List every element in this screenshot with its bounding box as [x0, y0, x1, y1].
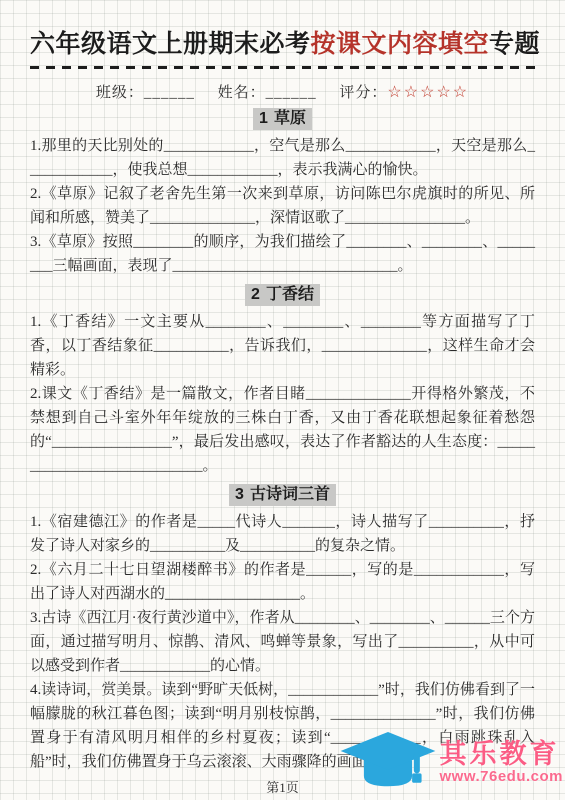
section-header-gushici: 3古诗词三首	[229, 484, 336, 506]
title-highlight: 按课文内容填空	[311, 30, 490, 58]
score-stars: ☆☆☆☆☆	[387, 84, 469, 101]
section-title: 古诗词三首	[250, 486, 330, 503]
question-paragraph: 3.《草原》按照________的顺序，为我们描绘了________、_____…	[30, 230, 535, 278]
dashed-divider	[30, 66, 535, 69]
worksheet-page: 六年级语文上册期末必考按课文内容填空专题 班级：______ 姓名：______…	[0, 0, 565, 800]
graduation-cap-icon	[340, 732, 436, 794]
question-paragraph: 2.《六月二十七日望湖楼醉书》的作者是______，写的是___________…	[30, 558, 535, 606]
watermark-url: www.76edu.com	[440, 768, 563, 786]
watermark: 其乐教育 www.76edu.com	[340, 732, 563, 794]
watermark-brand: 其乐教育	[440, 740, 560, 768]
section-3-header-row: 3古诗词三首	[30, 484, 535, 506]
question-paragraph: 2.课文《丁香结》是一篇散文，作者目睹______________开得格外繁茂，…	[30, 382, 535, 478]
section-title: 草原	[274, 110, 306, 127]
watermark-text: 其乐教育 www.76edu.com	[440, 740, 563, 786]
section-header-caoyuan: 1草原	[253, 108, 312, 130]
name-field: 姓名：______	[218, 85, 317, 101]
score-field: 评分：☆☆☆☆☆	[339, 85, 469, 101]
question-paragraph: 1.《丁香结》一文主要从________、________、________等方…	[30, 310, 535, 382]
name-label: 姓名：	[218, 85, 266, 101]
section-header-dingxiangjie: 2丁香结	[245, 284, 320, 306]
title-part2: 专题	[489, 30, 540, 58]
section-number: 1	[259, 110, 268, 127]
question-paragraph: 1.《宿建德江》的作者是_____代诗人_______，诗人描写了_______…	[30, 510, 535, 558]
class-blank: ______	[144, 85, 195, 101]
title-part1: 六年级语文上册期末必考	[30, 30, 311, 58]
section-1-header-row: 1草原	[30, 108, 535, 130]
class-field: 班级：______	[96, 85, 195, 101]
page-title: 六年级语文上册期末必考按课文内容填空专题	[30, 24, 535, 60]
section-number: 3	[235, 486, 244, 503]
class-label: 班级：	[96, 85, 144, 101]
section-2-header-row: 2丁香结	[30, 284, 535, 306]
name-blank: ______	[266, 85, 317, 101]
question-paragraph: 2.《草原》记叙了老舍先生第一次来到草原，访问陈巴尔虎旗时的所见、所闻和所感，赞…	[30, 182, 535, 230]
question-paragraph: 3.古诗《西江月·夜行黄沙道中》，作者从________、________、__…	[30, 606, 535, 678]
section-number: 2	[251, 286, 260, 303]
student-info-row: 班级：______ 姓名：______ 评分：☆☆☆☆☆	[30, 81, 535, 102]
score-label: 评分：	[339, 85, 387, 101]
question-paragraph: 1.那里的天比别处的____________，空气是那么____________…	[30, 134, 535, 182]
section-title: 丁香结	[266, 286, 314, 303]
